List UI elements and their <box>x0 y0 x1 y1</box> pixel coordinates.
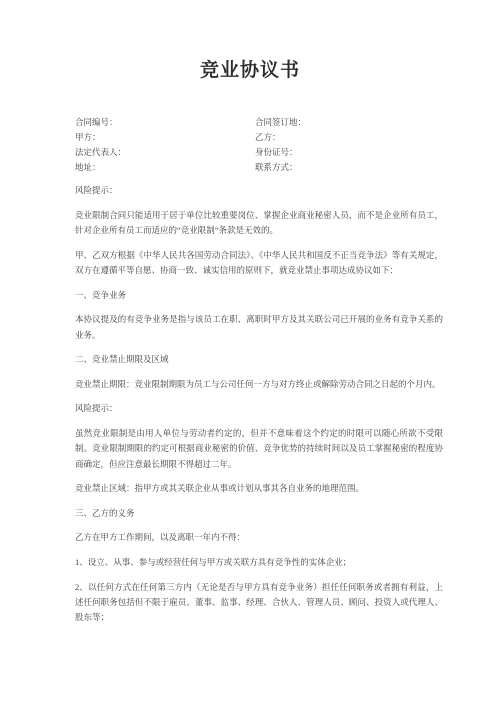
list-item: 1、设立、从事、参与或经营任何与甲方或关联方具有竞争性的实体企业； <box>75 555 443 570</box>
paragraph: 竞业禁止期限：竞业限制期限为员工与公司任何一方与对方终止或解除劳动合同之日起的个… <box>75 377 443 392</box>
field-contract-number-label: 合同编号： <box>75 116 255 128</box>
field-row-contract-no: 合同编号： 合同签订地： <box>75 114 443 129</box>
field-row-representative: 法定代表人： 身份证号： <box>75 144 443 159</box>
document-page: 竞业协议书 合同编号： 合同签订地： 甲方： 乙方： 法定代表人： 身份证号： … <box>0 0 500 707</box>
paragraph: 竞业限制合同只能适用于居于单位比较重要岗位、掌握企业商业秘密人员，而不是企业所有… <box>75 208 443 239</box>
section-heading-2: 二、竞业禁止期限及区域 <box>75 352 443 367</box>
field-row-parties: 甲方： 乙方： <box>75 129 443 144</box>
field-row-address: 地址： 联系方式： <box>75 159 443 174</box>
field-address-label: 地址： <box>75 161 255 173</box>
paragraph: 乙方在甲方工作期间，以及离职一年内不得： <box>75 530 443 545</box>
field-party-a-label: 甲方： <box>75 131 255 143</box>
field-party-b-label: 乙方： <box>255 131 443 143</box>
paragraph: 竞业禁止区域：指甲方或其关联企业从事或计划从事其各自业务的地理范围。 <box>75 481 443 496</box>
risk-notice-label: 风险提示： <box>75 183 443 198</box>
paragraph: 本协议提及的有竞争业务是指与该员工在职、离职时甲方及其关联公司已开展的业务有竞争… <box>75 312 443 343</box>
section-heading-3: 三、乙方的义务 <box>75 506 443 521</box>
paragraph: 虽然竞业限制是由用人单位与劳动者约定的，但并不意味着这个约定的时限可以随心所欲不… <box>75 426 443 472</box>
field-signing-place-label: 合同签订地： <box>255 116 443 128</box>
header-fields: 合同编号： 合同签订地： 甲方： 乙方： 法定代表人： 身份证号： 地址： 联系… <box>75 114 443 174</box>
field-id-number-label: 身份证号： <box>255 146 443 158</box>
list-item: 2、以任何方式在任何第三方内（无论是否与甲方具有竞争业务）担任任何职务或者拥有利… <box>75 580 443 626</box>
risk-notice-label: 风险提示： <box>75 401 443 416</box>
field-legal-representative-label: 法定代表人： <box>75 146 255 158</box>
paragraph: 甲、乙双方根据《中华人民共各国劳动合同法》、《中华人民共和国反不正当竞争法》等有… <box>75 248 443 279</box>
document-title: 竞业协议书 <box>75 58 425 84</box>
document-body: 风险提示： 竞业限制合同只能适用于居于单位比较重要岗位、掌握企业商业秘密人员，而… <box>75 183 443 625</box>
field-contact-label: 联系方式： <box>255 161 443 173</box>
section-heading-1: 一、竞争业务 <box>75 288 443 303</box>
